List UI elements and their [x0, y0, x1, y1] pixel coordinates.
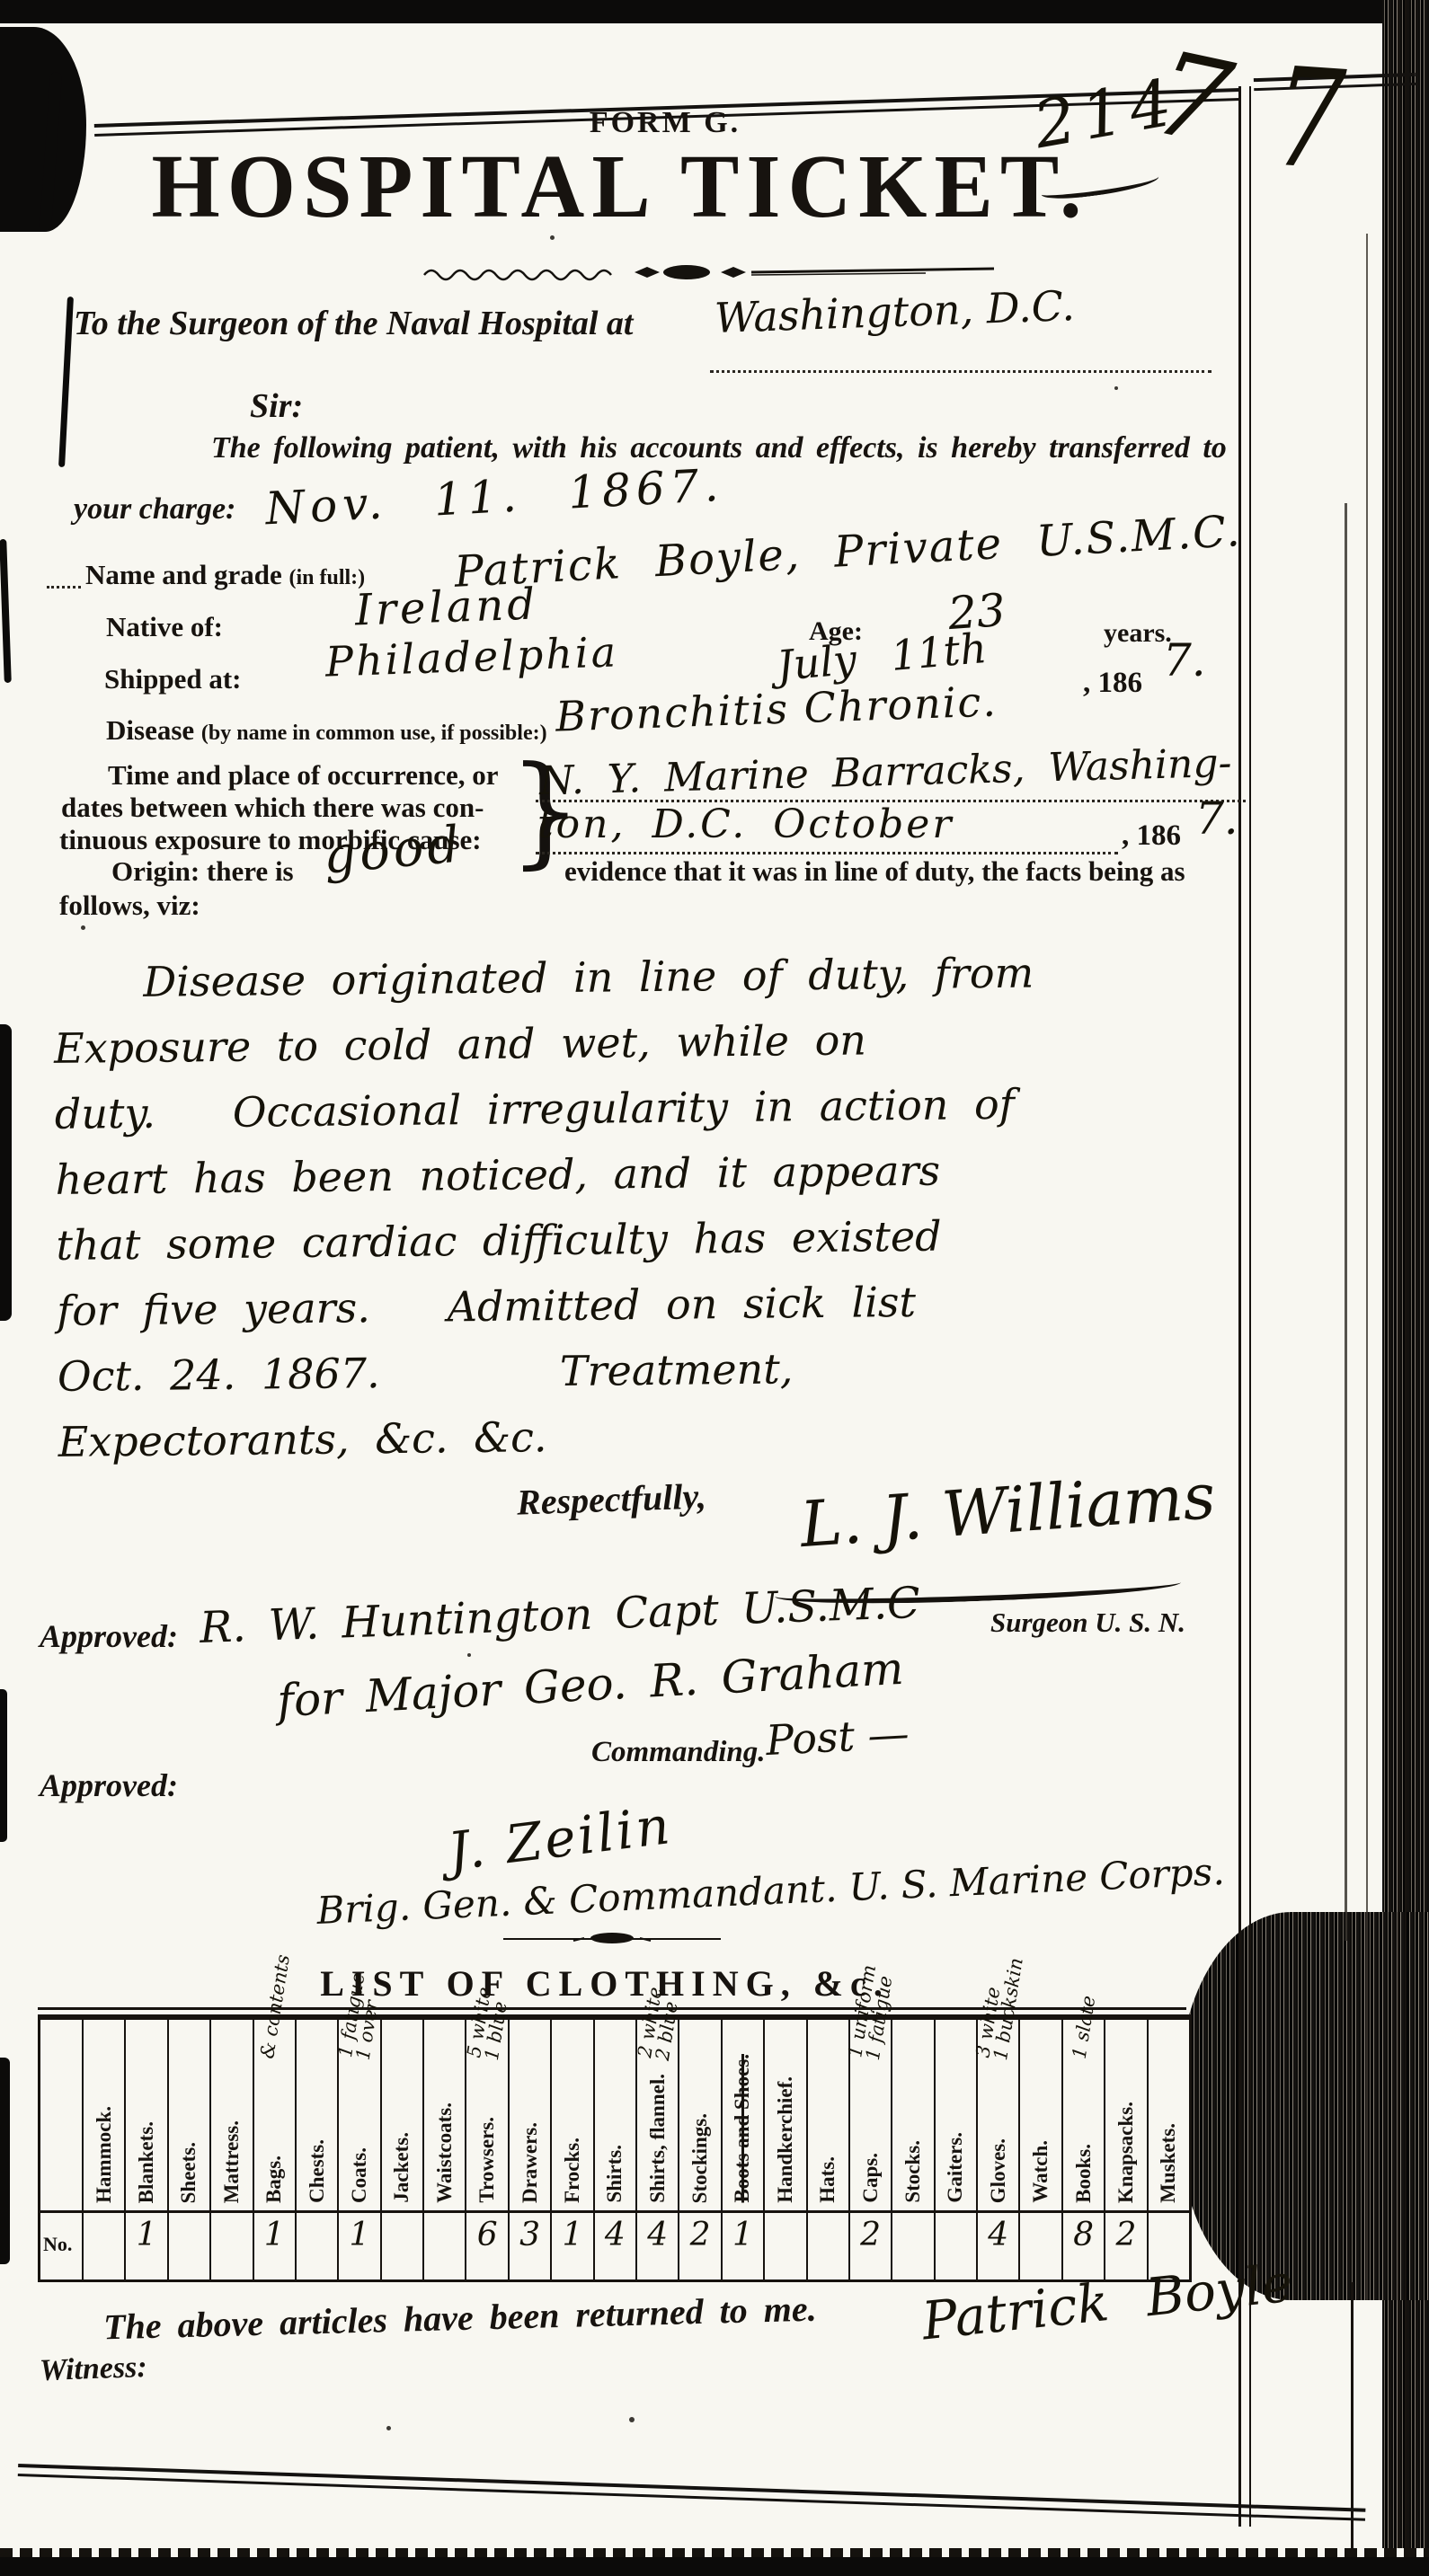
scan-left-streak: [0, 1689, 7, 1842]
clothing-column-header: Handkerchief.: [763, 2020, 805, 2210]
clothing-column-header: 1 slateBooks.: [1061, 2020, 1104, 2210]
clothing-column-header: Watch.: [1018, 2020, 1061, 2210]
clothing-column-header: Jackets.: [380, 2020, 422, 2210]
clothing-column-header: Mattress.: [209, 2020, 252, 2210]
clothing-column-value: [806, 2210, 848, 2279]
right-border-rule: [1238, 86, 1251, 2527]
scan-left-streak: [58, 297, 74, 467]
clothing-column-label: Knapsacks.: [1114, 2102, 1138, 2203]
clothing-column-label: Handkerchief.: [774, 2076, 797, 2203]
scan-left-streak: [0, 539, 12, 683]
clothing-column-label: Muskets.: [1157, 2123, 1180, 2203]
occurrence-value-line2: ton, D.C. October: [537, 801, 954, 847]
age-years-suffix: years.: [1104, 618, 1172, 649]
commanding-value: Post —: [765, 1709, 910, 1765]
leader-dots: [47, 582, 81, 589]
clothing-column-header: 5 white 1 blueTrowsers.: [465, 2020, 507, 2210]
clothing-column-value: [167, 2210, 209, 2279]
clothing-column-label: Hats.: [816, 2156, 839, 2203]
page-edge-line: [1345, 503, 1347, 1941]
clothing-column-header: Muskets.: [1147, 2020, 1189, 2210]
clothing-column-value: 4: [635, 2210, 678, 2279]
disease-value: Bronchitis Chronic.: [555, 677, 998, 740]
shipped-at-value: Philadelphia: [324, 627, 619, 686]
page-edge-line: [1398, 0, 1407, 2576]
statement-line: heart has been noticed, and it appears: [55, 1137, 1071, 1213]
clothing-column-value: 2: [678, 2210, 720, 2279]
clothing-column-note: 5 white 1 blue: [466, 1986, 512, 2061]
bottom-border-rule: [18, 2464, 1366, 2521]
statement-line: Disease originated in line of duty, from: [53, 940, 1070, 1016]
surgeon-signature: L. J. Williams: [798, 1459, 1218, 1562]
native-of-value: Ireland: [354, 579, 539, 635]
native-of-label: Native of:: [106, 611, 223, 643]
occurrence-value-line1: N. Y. Marine Barracks, Washing-: [538, 740, 1232, 804]
witness-label: Witness:: [39, 2350, 147, 2388]
handwritten-page-number-flourish: 7: [1142, 26, 1242, 173]
respectfully-label: Respectfully,: [516, 1474, 706, 1523]
clothing-column-label: Caps.: [859, 2153, 883, 2203]
clothing-column-label: Drawers.: [519, 2122, 542, 2203]
clothing-column-label: Bags.: [262, 2156, 286, 2203]
shipped-year-value: 7.: [1163, 634, 1206, 686]
clothing-column-value: [209, 2210, 252, 2279]
clothing-column-label: Books.: [1072, 2144, 1096, 2203]
clothing-column-value: [763, 2210, 805, 2279]
approved-label-2: Approved:: [40, 1766, 178, 1804]
clothing-column-label: Stockings.: [688, 2113, 712, 2203]
origin-suffix-line2: follows, viz:: [59, 890, 200, 922]
clothing-column-value: 1: [550, 2210, 592, 2279]
clothing-column-label: Frocks.: [561, 2138, 584, 2203]
statement-line: duty. Occasional irregularity in action …: [55, 1071, 1071, 1147]
clothing-column-label: Jackets.: [390, 2132, 413, 2203]
clothing-column-label: Watch.: [1029, 2140, 1052, 2203]
origin-value: good: [321, 815, 465, 885]
clothing-column-value: [1018, 2210, 1061, 2279]
ornament-divider: [422, 261, 998, 284]
clothing-column-label: Shirts.: [603, 2145, 626, 2203]
clothing-column-note: 2 white 2 blue: [636, 1986, 683, 2061]
clothing-column-label: Coats.: [348, 2147, 371, 2203]
clothing-column-header: Frocks.: [550, 2020, 592, 2210]
clothing-column-header: Hammock.: [82, 2020, 124, 2210]
ink-dot: [81, 925, 85, 930]
clothing-row-label: No.: [40, 2210, 82, 2276]
book-spine-bulge: [1179, 1912, 1429, 2300]
clothing-column-header: Drawers.: [508, 2020, 550, 2210]
disease-label: Disease (by name in common use, if possi…: [106, 714, 547, 747]
clothing-column-value: 4: [593, 2210, 635, 2279]
clothing-column-label: Stocks.: [901, 2140, 925, 2203]
approved-by-value: R. W. Huntington Capt U.S.M.C: [199, 1578, 920, 1653]
clothing-column-header: Blankets.: [124, 2020, 166, 2210]
name-grade-label: Name and grade (in full:): [85, 559, 365, 591]
shipped-at-label: Shipped at:: [104, 663, 241, 695]
clothing-column-value: 1: [337, 2210, 379, 2279]
page-edge-line: [1366, 234, 1368, 2300]
clothing-column-header: Gaiters.: [934, 2020, 976, 2210]
scan-bottom-band: [0, 2557, 1429, 2576]
origin-label: Origin: there is: [111, 855, 294, 888]
clothing-column-header: Shirts.: [593, 2020, 635, 2210]
clothing-column-note: 1 slate: [1071, 1995, 1099, 2060]
statement-line: Oct. 24. 1867. Treatment, Expectorants, …: [58, 1333, 1074, 1475]
clothing-column-value: 1: [721, 2210, 763, 2279]
clothing-column-value: 1: [253, 2210, 295, 2279]
clothing-column-header: Waistcoats.: [422, 2020, 465, 2210]
ink-dot: [386, 2426, 391, 2430]
scan-left-streak: [0, 2058, 10, 2264]
clothing-column-value: [934, 2210, 976, 2279]
clothing-column-value: [422, 2210, 465, 2279]
fill-line: [536, 848, 1118, 854]
commanding-label: Commanding.: [591, 1736, 765, 1769]
clothing-column-label: Waistcoats.: [433, 2102, 457, 2203]
shipped-year-print: , 186: [1083, 667, 1142, 700]
clothing-column-value: 4: [976, 2210, 1018, 2279]
clothing-column-label: Gaiters.: [944, 2132, 967, 2203]
clothing-column-header: 2 white 2 blueShirts, flannel.: [635, 2020, 678, 2210]
ink-dot: [1114, 386, 1118, 390]
clothing-column-header: Knapsacks.: [1104, 2020, 1146, 2210]
clothing-column-label: Shirts, flannel.: [646, 2074, 670, 2203]
clothing-column-value: 8: [1061, 2210, 1104, 2279]
clothing-column-label: Hammock.: [93, 2106, 116, 2203]
your-charge-label: your charge:: [74, 492, 235, 527]
clothing-column-value: [380, 2210, 422, 2279]
clothing-column-value: [82, 2210, 124, 2279]
occurrence-label-line1: Time and place of occurrence, or: [108, 759, 498, 792]
margin-number: 7: [1269, 38, 1350, 201]
ink-dot: [629, 2417, 635, 2422]
ink-dot: [550, 235, 555, 240]
clothing-column-header: Chests.: [295, 2020, 337, 2210]
statement-line: Exposure to cold and wet, while on: [54, 1005, 1070, 1082]
clothing-column-value: [891, 2210, 933, 2279]
clothing-column-header: & contentsBags.: [253, 2020, 295, 2210]
scan-top-band: [0, 0, 1429, 23]
to-line-label: To the Surgeon of the Naval Hospital at: [74, 304, 634, 343]
clothing-column-header: Boots and Shoes.: [721, 2020, 763, 2210]
clothing-column-label: Gloves.: [987, 2138, 1010, 2203]
clothing-column-header: Stocks.: [891, 2020, 933, 2210]
returned-line: The above articles have been returned to…: [103, 2288, 818, 2349]
transfer-date-value: Nov. 11. 1867.: [264, 459, 725, 536]
clothing-column-label: Boots and Shoes.: [731, 2054, 754, 2203]
origin-suffix: evidence that it was in line of duty, th…: [564, 855, 1185, 888]
page-title: HOSPITAL TICKET.: [85, 135, 1155, 238]
surgeon-title: Surgeon U. S. N.: [990, 1607, 1185, 1639]
clothing-column-label: Mattress.: [220, 2120, 244, 2203]
clothing-column-label: Trowsers.: [475, 2117, 499, 2203]
statement-line: that some cardiac difficulty has existed: [56, 1202, 1072, 1279]
clothing-column-label: Chests.: [306, 2139, 329, 2203]
clothing-column-header: 1 fatigue 1 overCoats.: [337, 2020, 379, 2210]
clothing-column-header: 1 uniform 1 fatigueCaps.: [848, 2020, 891, 2210]
clothing-corner-cell: [40, 2020, 82, 2210]
scan-bottom-dashes: [0, 2548, 1429, 2557]
ink-dot: [467, 1653, 471, 1657]
disease-paren: (by name in common use, if possible:): [201, 721, 547, 745]
clothing-column-header: Sheets.: [167, 2020, 209, 2210]
clothing-column-header: Stockings.: [678, 2020, 720, 2210]
approved-label: Approved:: [40, 1617, 178, 1655]
occurrence-year-value: 7.: [1195, 792, 1238, 845]
sir-label: Sir:: [250, 386, 303, 426]
clothing-column-value: 6: [465, 2210, 507, 2279]
clothing-table: Hammock.Blankets.Sheets.Mattress.& conte…: [38, 2014, 1192, 2282]
statement-line: for five years. Admitted on sick list: [57, 1268, 1073, 1344]
handwritten-statement: Disease originated in line of duty, from…: [53, 940, 1074, 1475]
scan-left-streak: [0, 1024, 12, 1321]
clothing-column-value: 1: [124, 2210, 166, 2279]
clothing-column-header: 3 white 1 buckskinGloves.: [976, 2020, 1018, 2210]
clothing-column-header: Hats.: [806, 2020, 848, 2210]
clothing-column-label: Blankets.: [135, 2121, 158, 2203]
clothing-column-value: 2: [848, 2210, 891, 2279]
clothing-column-value: [295, 2210, 337, 2279]
name-grade-value: Patrick Boyle, Private U.S.M.C.: [453, 506, 1243, 598]
hospital-location-value: Washington, D.C.: [714, 281, 1075, 342]
fill-line: [710, 367, 1212, 373]
clothing-column-label: Sheets.: [177, 2142, 200, 2203]
hospital-ticket-document: FORM G. 214 7 7 HOSPITAL TICKET. To the …: [0, 0, 1429, 2576]
occurrence-year-print: , 186: [1122, 819, 1181, 853]
small-ornament-divider: [500, 1932, 724, 1944]
clothing-column-value: 3: [508, 2210, 550, 2279]
commandant-signature: J. Zeilin: [445, 1794, 676, 1882]
